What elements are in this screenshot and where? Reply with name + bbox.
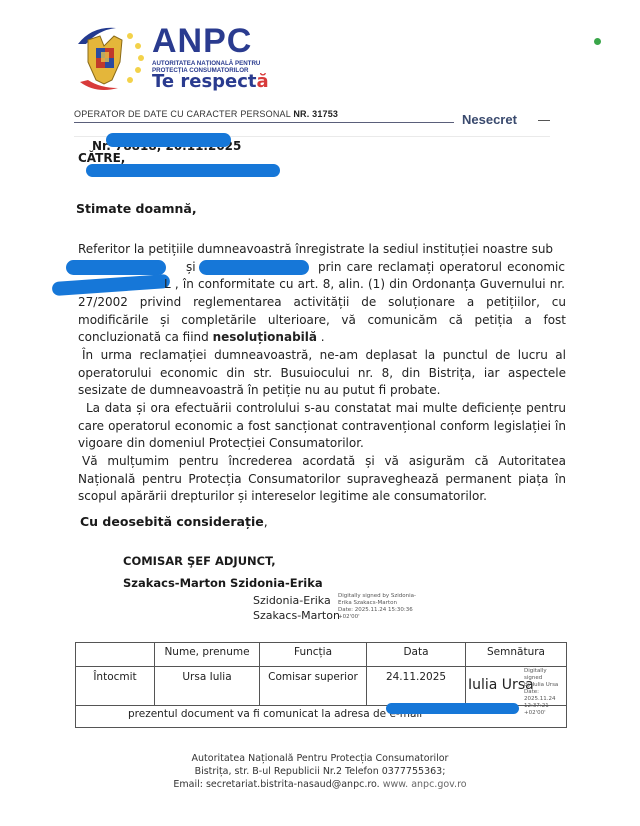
paragraph-1-body: 27/2002 privind reglementarea activități… — [78, 294, 566, 347]
petition-verdict: nesoluționabilă — [213, 330, 317, 344]
operator-number: NR. 31753 — [293, 109, 338, 119]
paragraph-1-line-3: L , în conformitate cu art. 8, alin. (1)… — [164, 276, 565, 294]
closing-text: Cu deosebită considerație — [80, 514, 264, 529]
paragraph-1-line-2: prin care reclamați operatorul economic — [318, 259, 565, 277]
row-label: Întocmit — [76, 667, 155, 706]
table-header-cell: Data — [367, 643, 466, 667]
redaction-mark — [86, 164, 280, 177]
table-header-row: Nume, prenume Funcția Data Semnătura — [76, 643, 567, 667]
classification-dash — [538, 120, 550, 121]
recipient-label: CĂTRE, — [78, 151, 125, 165]
row-function: Comisar superior — [260, 667, 367, 706]
operator-label: OPERATOR DE DATE CU CARACTER PERSONAL — [74, 109, 291, 119]
brand-name: ANPC — [152, 22, 252, 60]
classification-label: Nesecret — [462, 112, 517, 127]
redaction-mark — [199, 260, 309, 275]
redaction-mark — [386, 703, 519, 714]
paragraph-1-end: . — [317, 330, 325, 344]
row-date: 24.11.2025 — [367, 667, 466, 706]
signatory-title: COMISAR ŞEF ADJUNCT, — [123, 554, 276, 568]
footer-email: Email: secretariat.bistrita-nasaud@anpc.… — [173, 779, 379, 790]
row-signature: Iulia Ursa Digitally signed by Iulia Urs… — [466, 667, 567, 706]
header-divider — [74, 122, 454, 123]
row-name: Ursa Iulia — [155, 667, 260, 706]
footer-website: www. anpc.gov.ro — [380, 779, 467, 790]
digital-signature-meta-line: Erika Szakacs-Marton — [338, 600, 428, 607]
paragraph-3: La data și ora efectuării controlului s-… — [78, 400, 566, 453]
redaction-mark — [66, 260, 166, 275]
footer-address: Bistrița, str. B-ul Republicii Nr.2 Tele… — [0, 765, 640, 778]
digital-signature-meta-line: Date: 2025.11.24 15:30:36 — [338, 607, 428, 614]
greeting: Stimate doamnă, — [76, 201, 197, 216]
digital-signature-meta: Digitally signed by Szidonia- Erika Szak… — [338, 593, 428, 621]
digital-signature-name: Szidonia-Erika Szakacs-Marton — [253, 593, 340, 623]
footer-institution: Autoritatea Națională Pentru Protecția C… — [0, 752, 640, 765]
slogan-accent: ă — [257, 71, 269, 92]
table-header-cell: Nume, prenume — [155, 643, 260, 667]
table-row: Întocmit Ursa Iulia Comisar superior 24.… — [76, 667, 567, 706]
table-header-cell: Semnătura — [466, 643, 567, 667]
digital-signature-name-line: Szidonia-Erika — [253, 593, 340, 608]
paragraph-1-conjunction: și — [186, 259, 196, 277]
signatory-name: Szakacs-Marton Szidonia-Erika — [123, 576, 323, 590]
operator-registration: OPERATOR DE DATE CU CARACTER PERSONAL NR… — [74, 109, 338, 119]
paragraph-4: Vă mulțumim pentru încrederea acordată ș… — [78, 453, 566, 506]
digital-signature-name-line: Szakacs-Marton — [253, 608, 340, 623]
footer-contact: Email: secretariat.bistrita-nasaud@anpc.… — [0, 778, 640, 791]
digital-signature-meta-line: +02'00' — [338, 614, 428, 621]
document-info-table: Nume, prenume Funcția Data Semnătura Înt… — [75, 642, 567, 728]
signature-meta-line: Digitally signed — [524, 668, 566, 682]
table-header-cell: Funcția — [260, 643, 367, 667]
closing-comma: , — [264, 514, 268, 529]
signature-meta: Digitally signed by Iulia Ursa Date: 202… — [524, 668, 566, 717]
redaction-mark — [52, 274, 171, 296]
signature-meta-line: 12:37:21 +02'00' — [524, 703, 566, 717]
coat-of-arms-emblem-icon — [72, 22, 148, 94]
paragraph-2: În urma reclamației dumneavoastră, ne-am… — [78, 347, 566, 400]
brand-slogan: Te respectă — [152, 72, 269, 92]
signature-meta-line: Date: 2025.11.24 — [524, 689, 566, 703]
closing-formula: Cu deosebită considerație, — [80, 514, 268, 529]
redaction-mark — [106, 133, 231, 147]
digital-signature-meta-line: Digitally signed by Szidonia- — [338, 593, 428, 600]
brand-subtitle-line: AUTORITATEA NAȚIONALĂ PENTRU — [152, 60, 272, 67]
page-footer: Autoritatea Națională Pentru Protecția C… — [0, 752, 640, 791]
status-dot-icon — [594, 38, 601, 45]
table-header-cell — [76, 643, 155, 667]
slogan-text: Te respect — [152, 71, 257, 92]
signature-meta-line: by Iulia Ursa — [524, 682, 566, 689]
